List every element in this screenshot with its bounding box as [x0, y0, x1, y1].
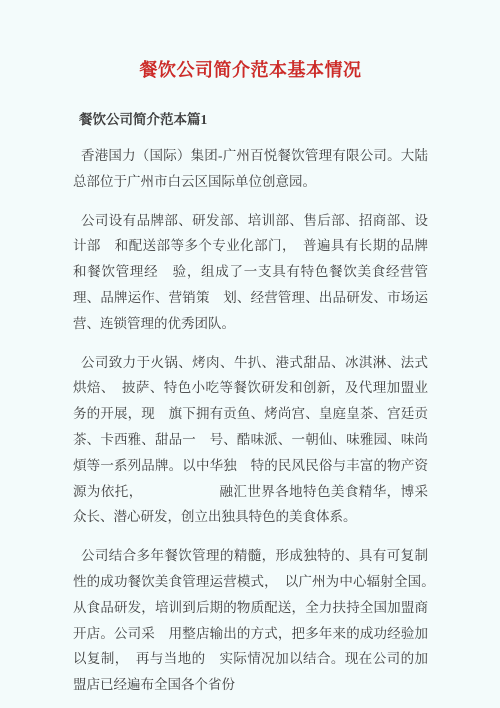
document-title: 餐饮公司简介范本基本情况: [73, 57, 428, 83]
paragraph-4: 公司结合多年餐饮管理的精髓，形成独特的、具有可复制性的成功餐饮美食管理运营模式，…: [73, 543, 428, 698]
paragraph-1: 香港国力（国际）集团-广州百悦餐饮管理有限公司。大陆总部位于广州市白云区国际单位…: [73, 143, 428, 195]
paragraph-2: 公司设有品牌部、研发部、培训部、售后部、招商部、设计部 和配送部等多个专业化部门…: [73, 208, 428, 337]
document-page: 餐饮公司简介范本基本情况 餐饮公司简介范本篇1 香港国力（国际）集团-广州百悦餐…: [0, 0, 500, 708]
section-heading: 餐饮公司简介范本篇1: [73, 110, 428, 130]
paragraph-3: 公司致力于火锅、烤肉、牛扒、港式甜品、冰淇淋、法式烘焙、 披萨、特色小吃等餐饮研…: [73, 350, 428, 531]
